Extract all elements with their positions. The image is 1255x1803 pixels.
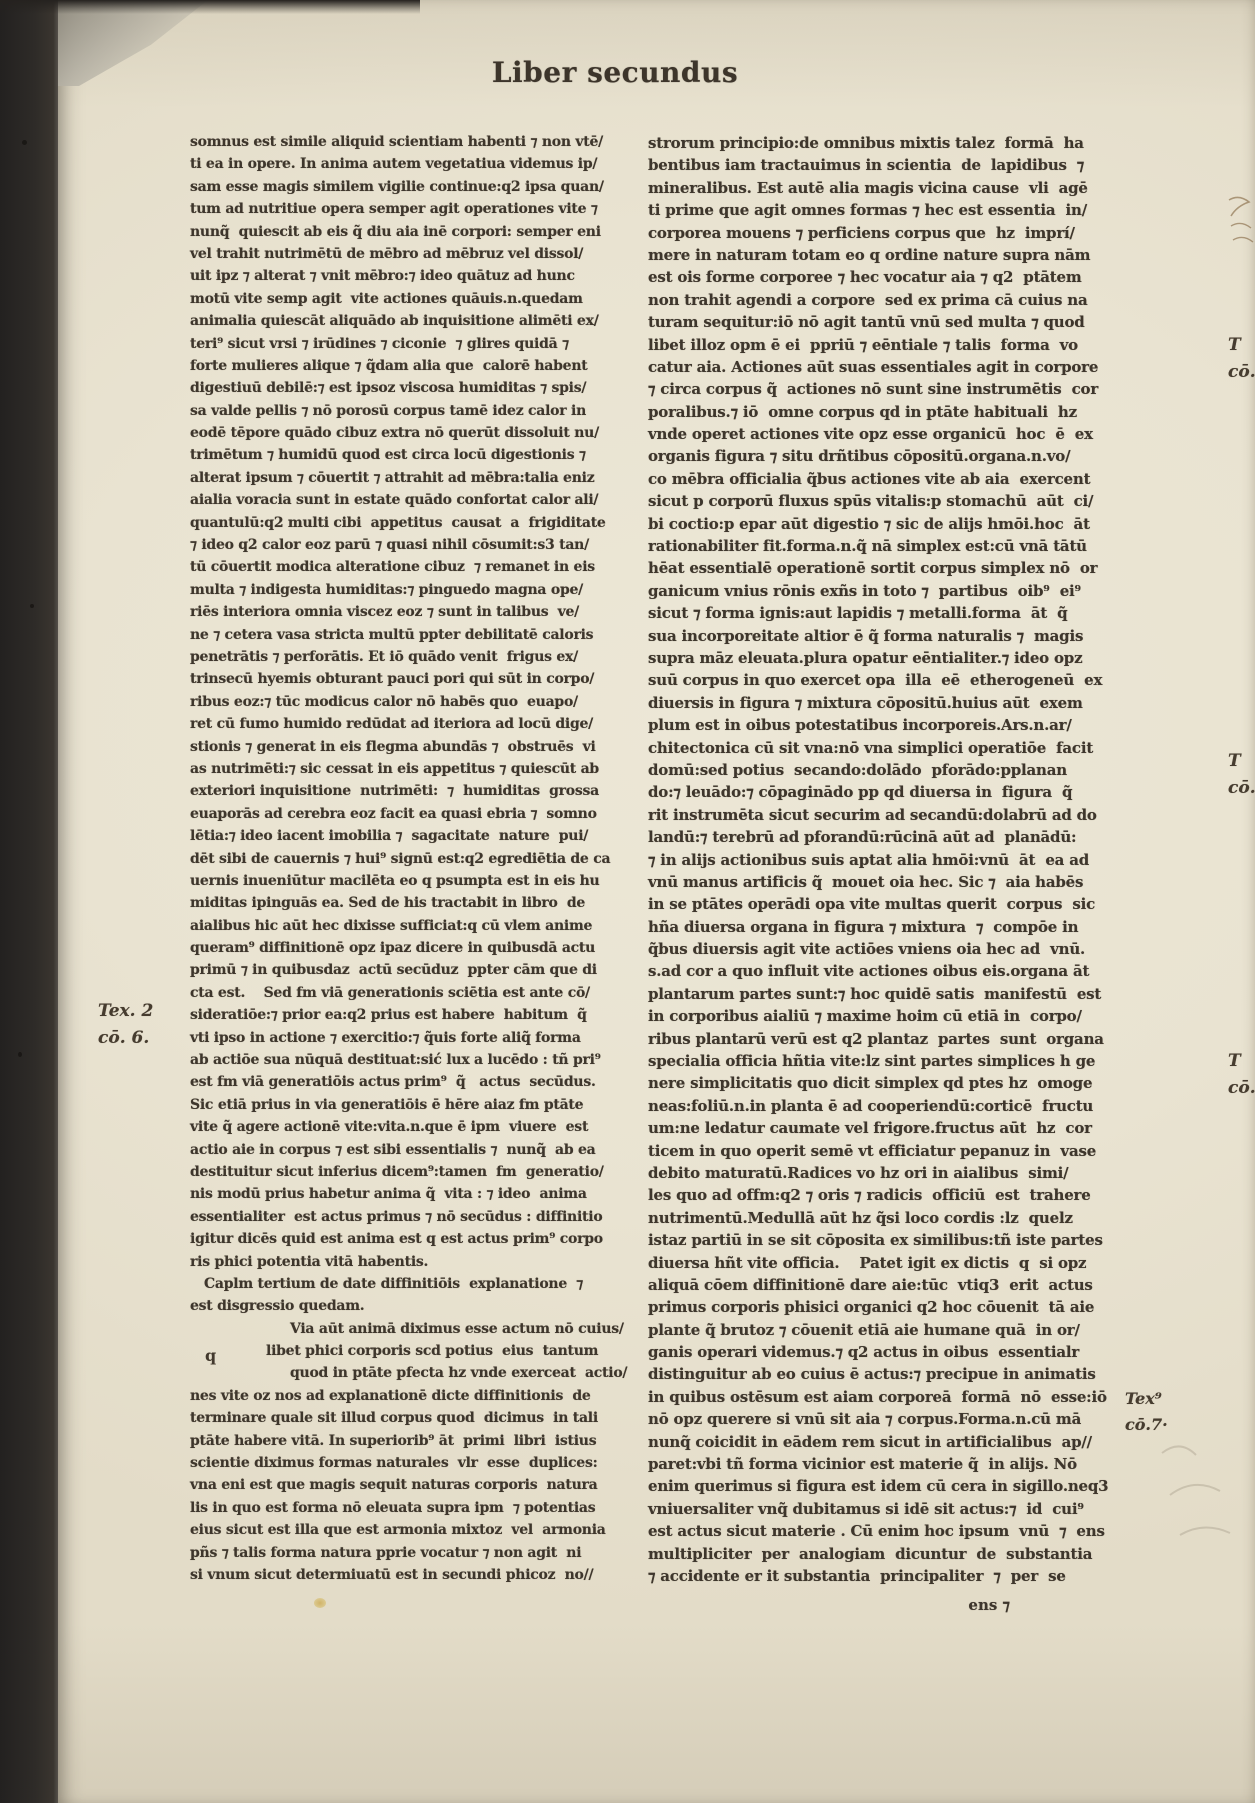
text-line: libet illoz opm ē ei ppriū ⁊ eēntiale ⁊ …: [648, 334, 1122, 356]
scan-backdrop-band: [0, 0, 58, 1803]
margin-note-line: T: [1228, 332, 1255, 359]
text-line: plantarum partes sunt:⁊ hoc quidē satis …: [648, 983, 1122, 1005]
catchword: ens ⁊: [900, 1596, 1010, 1614]
text-line: ribus eoz:⁊ tūc modicus calor nō habēs q…: [190, 691, 592, 713]
text-line: sicut p corporū fluxus spūs vitalis:p st…: [648, 490, 1122, 512]
text-line: ptāte habere vitā. In superiorib⁹ āt pri…: [190, 1430, 592, 1452]
text-line: ab actiōe sua nūquā destituat:sić lux a …: [190, 1049, 592, 1071]
text-line: landū:⁊ terebrū ad pforandū:rūcinā aūt a…: [648, 826, 1122, 848]
text-line: eius sicut est illa que est armonia mixt…: [190, 1519, 592, 1541]
text-line: Caplm tertium de date diffinitiōis expla…: [190, 1273, 592, 1295]
text-line: in se ptātes operādi opa vite multas que…: [648, 893, 1122, 915]
text-line: ganis operari videmus.⁊ q2 actus in oibu…: [648, 1341, 1122, 1363]
text-line: rit instrumēta sicut securim ad secandū:…: [648, 804, 1122, 826]
text-line: enim querimus si figura est idem cū cera…: [648, 1475, 1122, 1497]
text-line: riēs interiora omnia viscez eoz ⁊ sunt i…: [190, 601, 592, 623]
text-line: quod in ptāte pfecta hz vnde exerceat ac…: [190, 1362, 592, 1384]
text-line: as nutrimēti:⁊ sic cessat in eis appetit…: [190, 758, 592, 780]
text-line: bi coctio:p epar aūt digestio ⁊ sic de a…: [648, 513, 1122, 535]
text-line: ret cū fumo humido redūdat ad iteriora a…: [190, 713, 592, 735]
text-line: nō opz querere si vnū sit aia ⁊ corpus.F…: [648, 1408, 1122, 1430]
text-line: trinsecū hyemis obturant pauci pori qui …: [190, 668, 592, 690]
text-line: ⁊ in alijs actionibus suis aptat alia hm…: [648, 849, 1122, 871]
text-line: cta est. Sed fm viā generationis sciētia…: [190, 982, 592, 1004]
text-line: somnus est simile aliquid scientiam habe…: [190, 131, 592, 153]
text-line: plante q̃ brutoz ⁊ cōuenit etiā aie huma…: [648, 1319, 1122, 1341]
text-line: multipliciter per analogiam dicuntur de …: [648, 1543, 1122, 1565]
text-line: queram⁹ diffinitionē opz ipaz dicere in …: [190, 937, 592, 959]
margin-note-line: cō.: [1228, 775, 1255, 802]
text-line: nunq̃ quiescit ab eis q̃ diu aia inē cor…: [190, 221, 592, 243]
margin-note-line: T: [1228, 1048, 1255, 1075]
text-line: nutrimentū.Medullā aūt hz q̃si loco cord…: [648, 1207, 1122, 1229]
margin-note-right-clipped: T cō.: [1228, 748, 1255, 802]
text-line: bentibus iam tractauimus in scientia de …: [648, 154, 1122, 176]
text-line: non trahit agendi a corpore sed ex prima…: [648, 289, 1122, 311]
text-line: paret:vbi tñ forma vicinior est materie …: [648, 1453, 1122, 1475]
text-line: ne ⁊ cetera vasa stricta multū ppter deb…: [190, 624, 592, 646]
text-line: forte mulieres alique ⁊ q̃dam alia que c…: [190, 355, 592, 377]
text-line: ⁊ ideo q2 calor eoz parū ⁊ quasi nihil c…: [190, 534, 592, 556]
text-line: aialia voracia sunt in estate quādo conf…: [190, 489, 592, 511]
text-line: co mēbra officialia q̃bus actiones vite …: [648, 468, 1122, 490]
text-line: nes vite oz nos ad explanationē dicte di…: [190, 1385, 592, 1407]
text-line: do:⁊ leuādo:⁊ cōpaginādo pp qd diuersa i…: [648, 781, 1122, 803]
text-line: sa valde pellis ⁊ nō porosū corpus tamē …: [190, 400, 592, 422]
text-line: turam sequitur:iō nō agit tantū vnū sed …: [648, 311, 1122, 333]
text-line: vti ipso in actione ⁊ exercitio:⁊ q̃uis …: [190, 1027, 592, 1049]
text-line: les quo ad offm:q2 ⁊ oris ⁊ radicis offi…: [648, 1184, 1122, 1206]
text-line: diuersis in figura ⁊ mixtura cōpositū.hu…: [648, 692, 1122, 714]
text-line: vna eni est que magis sequit naturas cor…: [190, 1474, 592, 1496]
text-line: catur aia. Actiones aūt suas essentiales…: [648, 356, 1122, 378]
text-line: debito maturatū.Radices vo hz ori in aia…: [648, 1162, 1122, 1184]
text-line: poralibus.⁊ iō omne corpus qd in ptāte h…: [648, 401, 1122, 423]
text-line: ribus plantarū verū est q2 plantaz parte…: [648, 1028, 1122, 1050]
text-line: destituitur sicut inferius dicem⁹:tamen …: [190, 1161, 592, 1183]
text-line: penetrātis ⁊ perforātis. Et iō quādo ven…: [190, 646, 592, 668]
text-line: animalia quiescāt aliquādo ab inquisitio…: [190, 310, 592, 332]
text-line: ⁊ accidente er it substantia principalit…: [648, 1565, 1122, 1587]
text-line: primus corporis phisici organici q2 hoc …: [648, 1296, 1122, 1318]
text-line: sideratiōe:⁊ prior ea:q2 prius est haber…: [190, 1004, 592, 1026]
text-line: vel trahit nutrimētū de mēbro ad mēbruz …: [190, 243, 592, 265]
backdrop-speck: [18, 1052, 22, 1057]
text-line: mineralibus. Est autē alia magis vicina …: [648, 177, 1122, 199]
backdrop-speck: [22, 140, 27, 145]
paper-stain: [314, 1598, 326, 1608]
text-line: actio aie in corpus ⁊ est sibi essential…: [190, 1139, 592, 1161]
text-line: vnde operet actiones vite opz esse organ…: [648, 423, 1122, 445]
text-line: motū vite semp agit vite actiones quāuis…: [190, 288, 592, 310]
text-line: si vnum sicut determiuatū est in secundi…: [190, 1564, 592, 1586]
text-line: in corporibus aialiū ⁊ maxime hoim cū et…: [648, 1005, 1122, 1027]
text-line: ganicum vnius rōnis exñs in toto ⁊ parti…: [648, 580, 1122, 602]
text-line: q̃bus diuersis agit vite actiōes vniens …: [648, 938, 1122, 960]
text-line: hña diuersa organa in figura ⁊ mixtura ⁊…: [648, 916, 1122, 938]
initial-guide-letter: q: [205, 1346, 216, 1365]
text-line: miditas ipinguās ea. Sed de his tractabi…: [190, 892, 592, 914]
text-line: primū ⁊ in quibusdaz actū secūduz ppter …: [190, 959, 592, 981]
margin-note-line: cō. 6.: [98, 1025, 153, 1052]
text-line: essentialiter est actus primus ⁊ nō secū…: [190, 1206, 592, 1228]
margin-note-line: T: [1228, 748, 1255, 775]
text-line: plum est in oibus potestatibus incorpore…: [648, 714, 1122, 736]
margin-note-left: Tex. 2 cō. 6.: [98, 998, 153, 1052]
text-line: multa ⁊ indigesta humiditas:⁊ pinguedo m…: [190, 579, 592, 601]
text-line: ⁊ circa corpus q̃ actiones nō sunt sine …: [648, 378, 1122, 400]
text-line: vnū manus artificis q̃ mouet oia hec. Si…: [648, 871, 1122, 893]
text-line: specialia officia hñtia vite:lz sint par…: [648, 1050, 1122, 1072]
text-line: igitur dicēs quid est anima est q est ac…: [190, 1228, 592, 1250]
text-line: s.ad cor a quo influit vite actiones oib…: [648, 960, 1122, 982]
text-line: stionis ⁊ generat in eis flegma abundās …: [190, 736, 592, 758]
text-line: alterat ipsum ⁊ cōuertit ⁊ attrahit ad m…: [190, 467, 592, 489]
text-line: est fm viā generatiōis actus prim⁹ q̃ ac…: [190, 1071, 592, 1093]
text-line: euaporās ad cerebra eoz facit ea quasi e…: [190, 803, 592, 825]
text-line: lis in quo est forma nō eleuata supra ip…: [190, 1497, 592, 1519]
text-line: sicut ⁊ forma ignis:aut lapidis ⁊ metall…: [648, 602, 1122, 624]
handwritten-marginalia: [1225, 192, 1255, 262]
text-column-left: somnus est simile aliquid scientiam habe…: [190, 131, 592, 1586]
text-line: corporea mouens ⁊ perficiens corpus que …: [648, 222, 1122, 244]
text-line: vniuersaliter vnq̃ dubitamus si idē sit …: [648, 1498, 1122, 1520]
text-line: uit ipz ⁊ alterat ⁊ vnit mēbro:⁊ ideo qu…: [190, 265, 592, 287]
scanned-book-photo: { "page": { "header_title": "Liber secun…: [0, 0, 1255, 1803]
text-line: suū corpus in quo exercet opa illa eē et…: [648, 669, 1122, 691]
margin-note-line: cō.: [1228, 359, 1255, 386]
text-line: nunq̃ coicidit in eādem rem sicut in art…: [648, 1431, 1122, 1453]
text-line: hēat essentialē operationē sortit corpus…: [648, 557, 1122, 579]
text-line: eodē tēpore quādo cibuz extra nō querūt …: [190, 422, 592, 444]
text-line: organis figura ⁊ situ drñtibus cōpositū.…: [648, 445, 1122, 467]
text-line: supra māz eleuata.plura opatur eēntialit…: [648, 647, 1122, 669]
text-line: ti prime que agit omnes formas ⁊ hec est…: [648, 199, 1122, 221]
text-line: sam esse magis similem vigilie continue:…: [190, 176, 592, 198]
text-line: digestiuū debilē:⁊ est ipsoz viscosa hum…: [190, 377, 592, 399]
text-line: trimētum ⁊ humidū quod est circa locū di…: [190, 444, 592, 466]
text-line: est actus sicut materie . Cū enim hoc ip…: [648, 1520, 1122, 1542]
text-line: istaz partiū in se sit cōposita ex simil…: [648, 1229, 1122, 1251]
text-line: est disgressio quedam.: [190, 1295, 592, 1317]
backdrop-speck: [30, 604, 34, 608]
text-line: uernis inueniūtur macilēta eo q psumpta …: [190, 870, 592, 892]
text-line: Sic etiā prius in via generatiōis ē hēre…: [190, 1094, 592, 1116]
text-line: terminare quale sit illud corpus quod di…: [190, 1407, 592, 1429]
text-line: lētia:⁊ ideo iacent imobilia ⁊ sagacitat…: [190, 825, 592, 847]
text-line: distinguitur ab eo cuius ē actus:⁊ preci…: [648, 1363, 1122, 1385]
margin-note-line: Tex⁹: [1125, 1386, 1168, 1412]
text-line: in quibus ostēsum est aiam corporeā form…: [648, 1386, 1122, 1408]
text-line: ris phici potentia vitā habentis.: [190, 1251, 592, 1273]
pencil-marginalia: [1150, 1425, 1250, 1565]
text-line: libet phici corporis scd potius eius tan…: [190, 1340, 592, 1362]
running-header: Liber secundus: [400, 56, 830, 89]
text-line: vite q̃ agere actionē vite:vita.n.que ē …: [190, 1116, 592, 1138]
text-line: est ois forme corporee ⁊ hec vocatur aia…: [648, 266, 1122, 288]
text-column-right: strorum principio:de omnibus mixtis tale…: [648, 132, 1122, 1587]
margin-note-line: Tex. 2: [98, 998, 153, 1025]
text-line: nere simplicitatis quo dicit simplex qd …: [648, 1072, 1122, 1094]
text-line: dēt sibi de cauernis ⁊ hui⁹ signū est:q2…: [190, 848, 592, 870]
text-line: aialibus hic aūt hec dixisse sufficiat:q…: [190, 915, 592, 937]
text-line: sua incorporeitate altior ē q̃ forma nat…: [648, 625, 1122, 647]
text-line: ti ea in opere. In anima autem vegetatiu…: [190, 153, 592, 175]
margin-note-right-clipped: T cō.: [1228, 332, 1255, 386]
text-line: quantulū:q2 multi cibi appetitus causat …: [190, 512, 592, 534]
text-line: um:ne ledatur caumate vel frigore.fructu…: [648, 1117, 1122, 1139]
text-line: aliquā cōem diffinitionē dare aie:tūc vt…: [648, 1274, 1122, 1296]
text-line: neas:foliū.n.in planta ē ad cooperiendū:…: [648, 1095, 1122, 1117]
text-line: rationabiliter fit.forma.n.q̃ nā simplex…: [648, 535, 1122, 557]
text-line: exteriori inquisitione nutrimēti: ⁊ humi…: [190, 780, 592, 802]
margin-note-line: cō.: [1228, 1075, 1255, 1102]
text-line: Via aūt animā diximus esse actum nō cuiu…: [190, 1318, 592, 1340]
text-line: nis modū prius habetur anima q̃ vita : ⁊…: [190, 1183, 592, 1205]
text-line: teri⁹ sicut vrsi ⁊ irūdines ⁊ ciconie ⁊ …: [190, 333, 592, 355]
text-line: diuersa hñt vite officia. Patet igit ex …: [648, 1252, 1122, 1274]
text-line: ticem in quo operit semē vt efficiatur p…: [648, 1140, 1122, 1162]
text-line: chitectonica cū sit vna:nō vna simplici …: [648, 737, 1122, 759]
top-edge-shadow: [0, 0, 420, 14]
margin-note-right-clipped: T cō.: [1228, 1048, 1255, 1102]
text-line: domū:sed potius secando:dolādo pforādo:p…: [648, 759, 1122, 781]
text-line: scientie diximus formas naturales vlr es…: [190, 1452, 592, 1474]
text-line: tū cōuertit modica alteratione cibuz ⁊ r…: [190, 556, 592, 578]
text-line: pñs ⁊ talis forma natura pprie vocatur ⁊…: [190, 1542, 592, 1564]
text-line: tum ad nutritiue opera semper agit opera…: [190, 198, 592, 220]
text-line: strorum principio:de omnibus mixtis tale…: [648, 132, 1122, 154]
text-line: mere in naturam totam eo q ordine nature…: [648, 244, 1122, 266]
